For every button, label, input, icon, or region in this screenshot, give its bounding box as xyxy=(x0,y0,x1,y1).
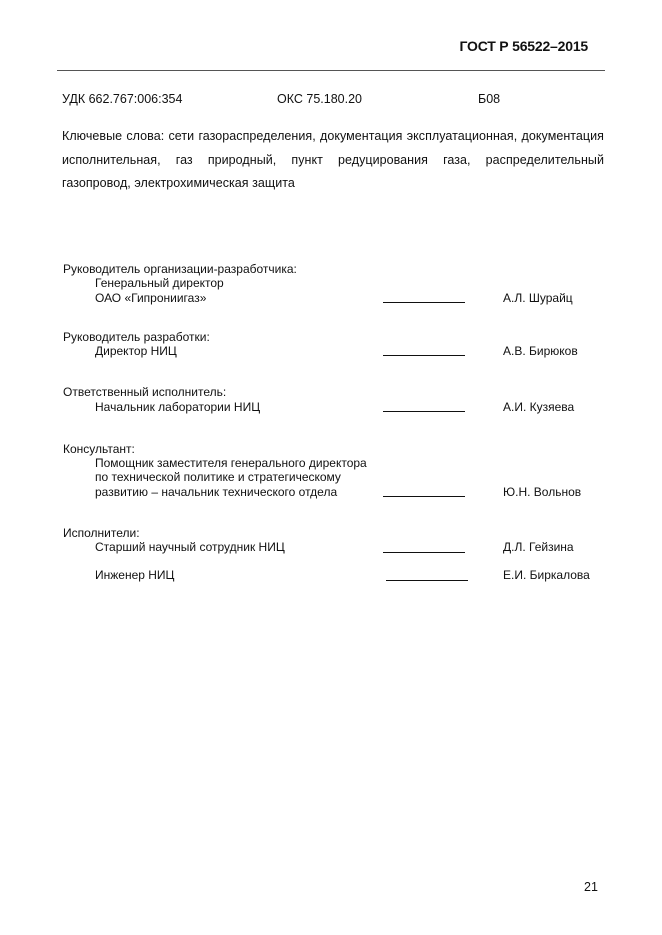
header-rule xyxy=(57,70,605,71)
udk-code: УДК 662.767:006:354 xyxy=(62,92,182,106)
signature-position: Инженер НИЦ xyxy=(95,568,174,582)
signature-position: по технической политике и стратегическом… xyxy=(95,470,341,484)
signatory-name: А.Л. Шурайц xyxy=(503,291,573,305)
signature-role: Руководитель организации-разработчика: xyxy=(63,262,297,276)
signature-line xyxy=(383,552,465,553)
signatory-name: Д.Л. Гейзина xyxy=(503,540,574,554)
signatory-name: Е.И. Биркалова xyxy=(503,568,590,582)
signature-position: Директор НИЦ xyxy=(95,344,177,358)
signature-line xyxy=(383,355,465,356)
signature-position: ОАО «Гипрониигаз» xyxy=(95,291,206,305)
signature-position: развитию – начальник технического отдела xyxy=(95,485,337,499)
signature-position: Старший научный сотрудник НИЦ xyxy=(95,540,285,554)
signature-line xyxy=(383,302,465,303)
group-code: Б08 xyxy=(478,92,500,106)
signature-role: Руководитель разработки: xyxy=(63,330,210,344)
signature-position: Генеральный директор xyxy=(95,276,224,290)
signatory-name: Ю.Н. Вольнов xyxy=(503,485,581,499)
signature-role: Консультант: xyxy=(63,442,135,456)
signature-position: Помощник заместителя генерального директ… xyxy=(95,456,367,470)
signature-role: Ответственный исполнитель: xyxy=(63,385,226,399)
signature-role: Исполнители: xyxy=(63,526,140,540)
oks-code: ОКС 75.180.20 xyxy=(277,92,362,106)
keywords-paragraph: Ключевые слова: сети газораспределения, … xyxy=(62,125,604,196)
signatory-name: А.В. Бирюков xyxy=(503,344,578,358)
signature-position: Начальник лаборатории НИЦ xyxy=(95,400,260,414)
page-number: 21 xyxy=(584,880,598,894)
standard-number: ГОСТ Р 56522–2015 xyxy=(459,38,588,54)
signature-line xyxy=(386,580,468,581)
signatory-name: А.И. Кузяева xyxy=(503,400,574,414)
signature-line xyxy=(383,411,465,412)
signature-line xyxy=(383,496,465,497)
